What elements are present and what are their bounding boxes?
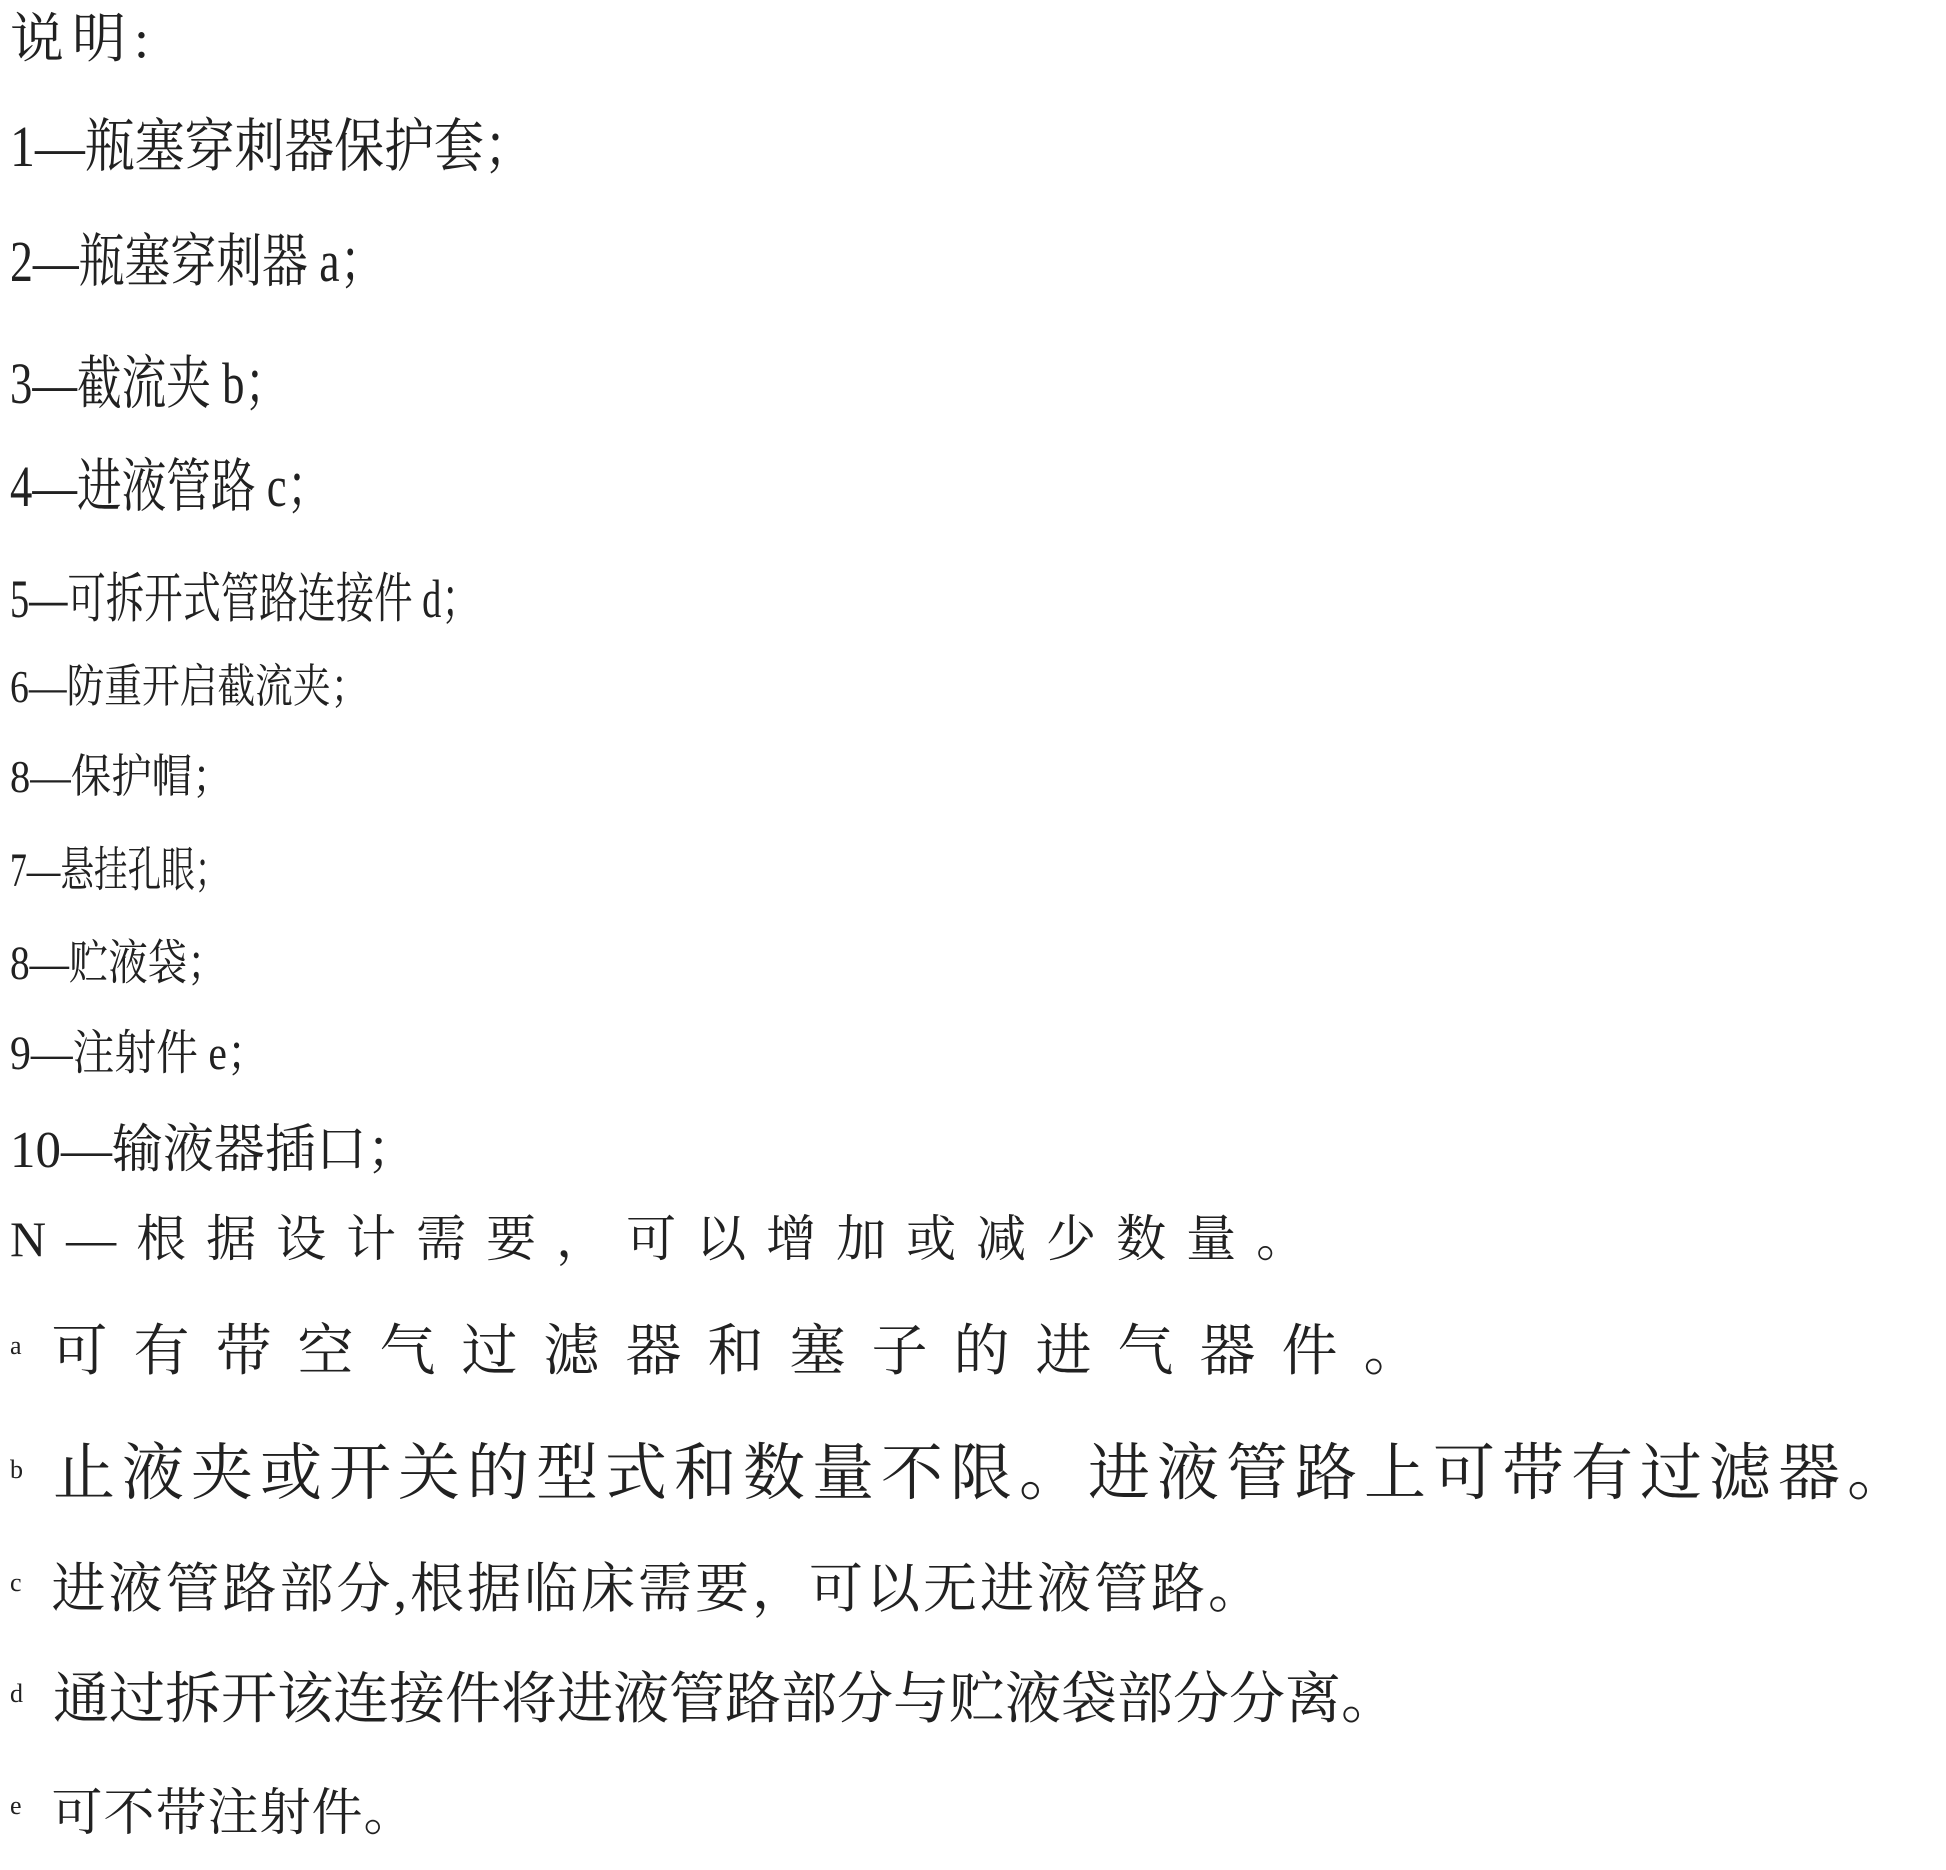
footnote-e: e可不带注射件。 — [10, 1786, 416, 1842]
footnote-e-text: 可不带注射件。 — [52, 1786, 416, 1842]
legend-item-6: 6—防重开启截流夹； — [10, 662, 368, 713]
legend-item-1: 1—瓶塞穿刺器保护套； — [10, 115, 534, 179]
legend-item-8-liquid-bag: 8—贮液袋； — [10, 938, 226, 991]
legend-title: 说明: — [10, 10, 157, 69]
footnote-marker-c: c — [10, 1568, 22, 1597]
footnote-c-text: 进液管路部分,根据临床需要，可以无进液管路。 — [52, 1559, 1266, 1619]
legend-document: 说明: 1—瓶塞穿刺器保护套； 2—瓶塞穿刺器 a； 3—截流夹 b； 4—进液… — [0, 0, 1946, 1870]
footnote-d: d通过拆开该连接件将进液管路部分与贮液袋部分分离。 — [10, 1670, 1397, 1732]
footnote-marker-a: a — [10, 1331, 22, 1360]
legend-item-2: 2—瓶塞穿刺器 a； — [10, 230, 385, 294]
legend-item-7: 7—悬挂孔眼； — [10, 845, 228, 898]
footnote-a: a可有带空气过滤器和塞子的进气器件。 — [10, 1322, 1446, 1384]
legend-item-5: 5—可拆开式管路连接件 d； — [10, 570, 480, 629]
footnote-marker-b: b — [10, 1455, 23, 1484]
footnote-d-text: 通过拆开该连接件将进液管路部分与贮液袋部分分离。 — [53, 1669, 1397, 1731]
legend-item-10: 10—输液器插口； — [10, 1122, 418, 1179]
footnote-marker-d: d — [10, 1679, 23, 1708]
footnote-c: c进液管路部分,根据临床需要，可以无进液管路。 — [10, 1560, 1265, 1619]
footnote-b: b止液夹或开关的型式和数量不限。进液管路上可带有过滤器。 — [10, 1440, 1916, 1508]
legend-item-9: 9—注射件 e； — [10, 1028, 269, 1081]
legend-item-n: N—根据设计需要，可以增加或减少数量。 — [10, 1212, 1326, 1267]
footnote-a-text: 可有带空气过滤器和塞子的进气器件。 — [52, 1321, 1446, 1383]
legend-item-8-protective-cap: 8—保护帽； — [10, 752, 233, 803]
footnote-b-text: 止液夹或开关的型式和数量不限。进液管路上可带有过滤器。 — [53, 1440, 1916, 1508]
legend-item-3: 3—截流夹 b； — [10, 352, 289, 416]
footnote-marker-e: e — [10, 1791, 22, 1820]
legend-item-4: 4—进液管路 c； — [10, 455, 331, 519]
